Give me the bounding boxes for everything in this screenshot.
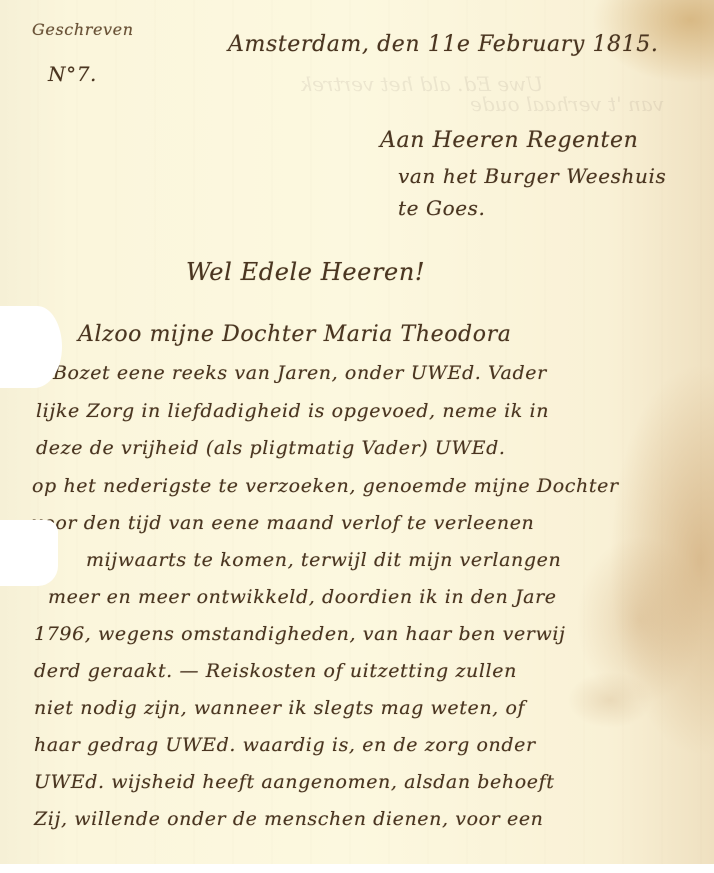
body-line: meer en meer ontwikkeld, doordien ik in … [48,586,557,608]
salutation: Wel Edele Heeren! [186,258,425,286]
dateline: Amsterdam, den 11e February 1815. [228,32,658,57]
body-line: voor den tijd van eene maand verlof te v… [32,512,534,534]
address-line-recipients: Aan Heeren Regenten [380,128,638,153]
body-line: haar gedrag UWEd. waardig is, en de zorg… [34,734,536,756]
body-line: s Bozet eene reeks van Jaren, onder UWEd… [36,362,547,384]
address-line-institution: van het Burger Weeshuis [398,164,666,188]
margin-note: Geschreven [32,20,134,39]
body-line: derd geraakt. — Reiskosten of uitzetting… [34,660,517,682]
address-line-place: te Goes. [398,196,486,220]
body-line: deze de vrijheid (als pligtmatig Vader) … [36,437,506,459]
body-line: op het nederigste te verzoeken, genoemde… [32,475,619,497]
body-line: Alzoo mijne Dochter Maria Theodora [78,322,511,347]
torn-paper-edge [0,306,62,388]
body-line: UWEd. wijsheid heeft aangenomen, alsdan … [34,771,555,793]
body-line: niet nodig zijn, wanneer ik slegts mag w… [34,697,525,719]
body-line: 1796, wegens omstandigheden, van haar be… [34,623,566,645]
body-line: Zij, willende onder de menschen dienen, … [34,808,544,830]
letter-number: N°7. [48,62,97,86]
body-line: lijke Zorg in liefdadigheid is opgevoed,… [36,400,549,422]
ink-bleed-through: van 't verhaal oude [470,92,664,116]
torn-paper-edge [0,520,58,586]
body-line: mijwaarts te komen, terwijl dit mijn ver… [86,549,561,571]
